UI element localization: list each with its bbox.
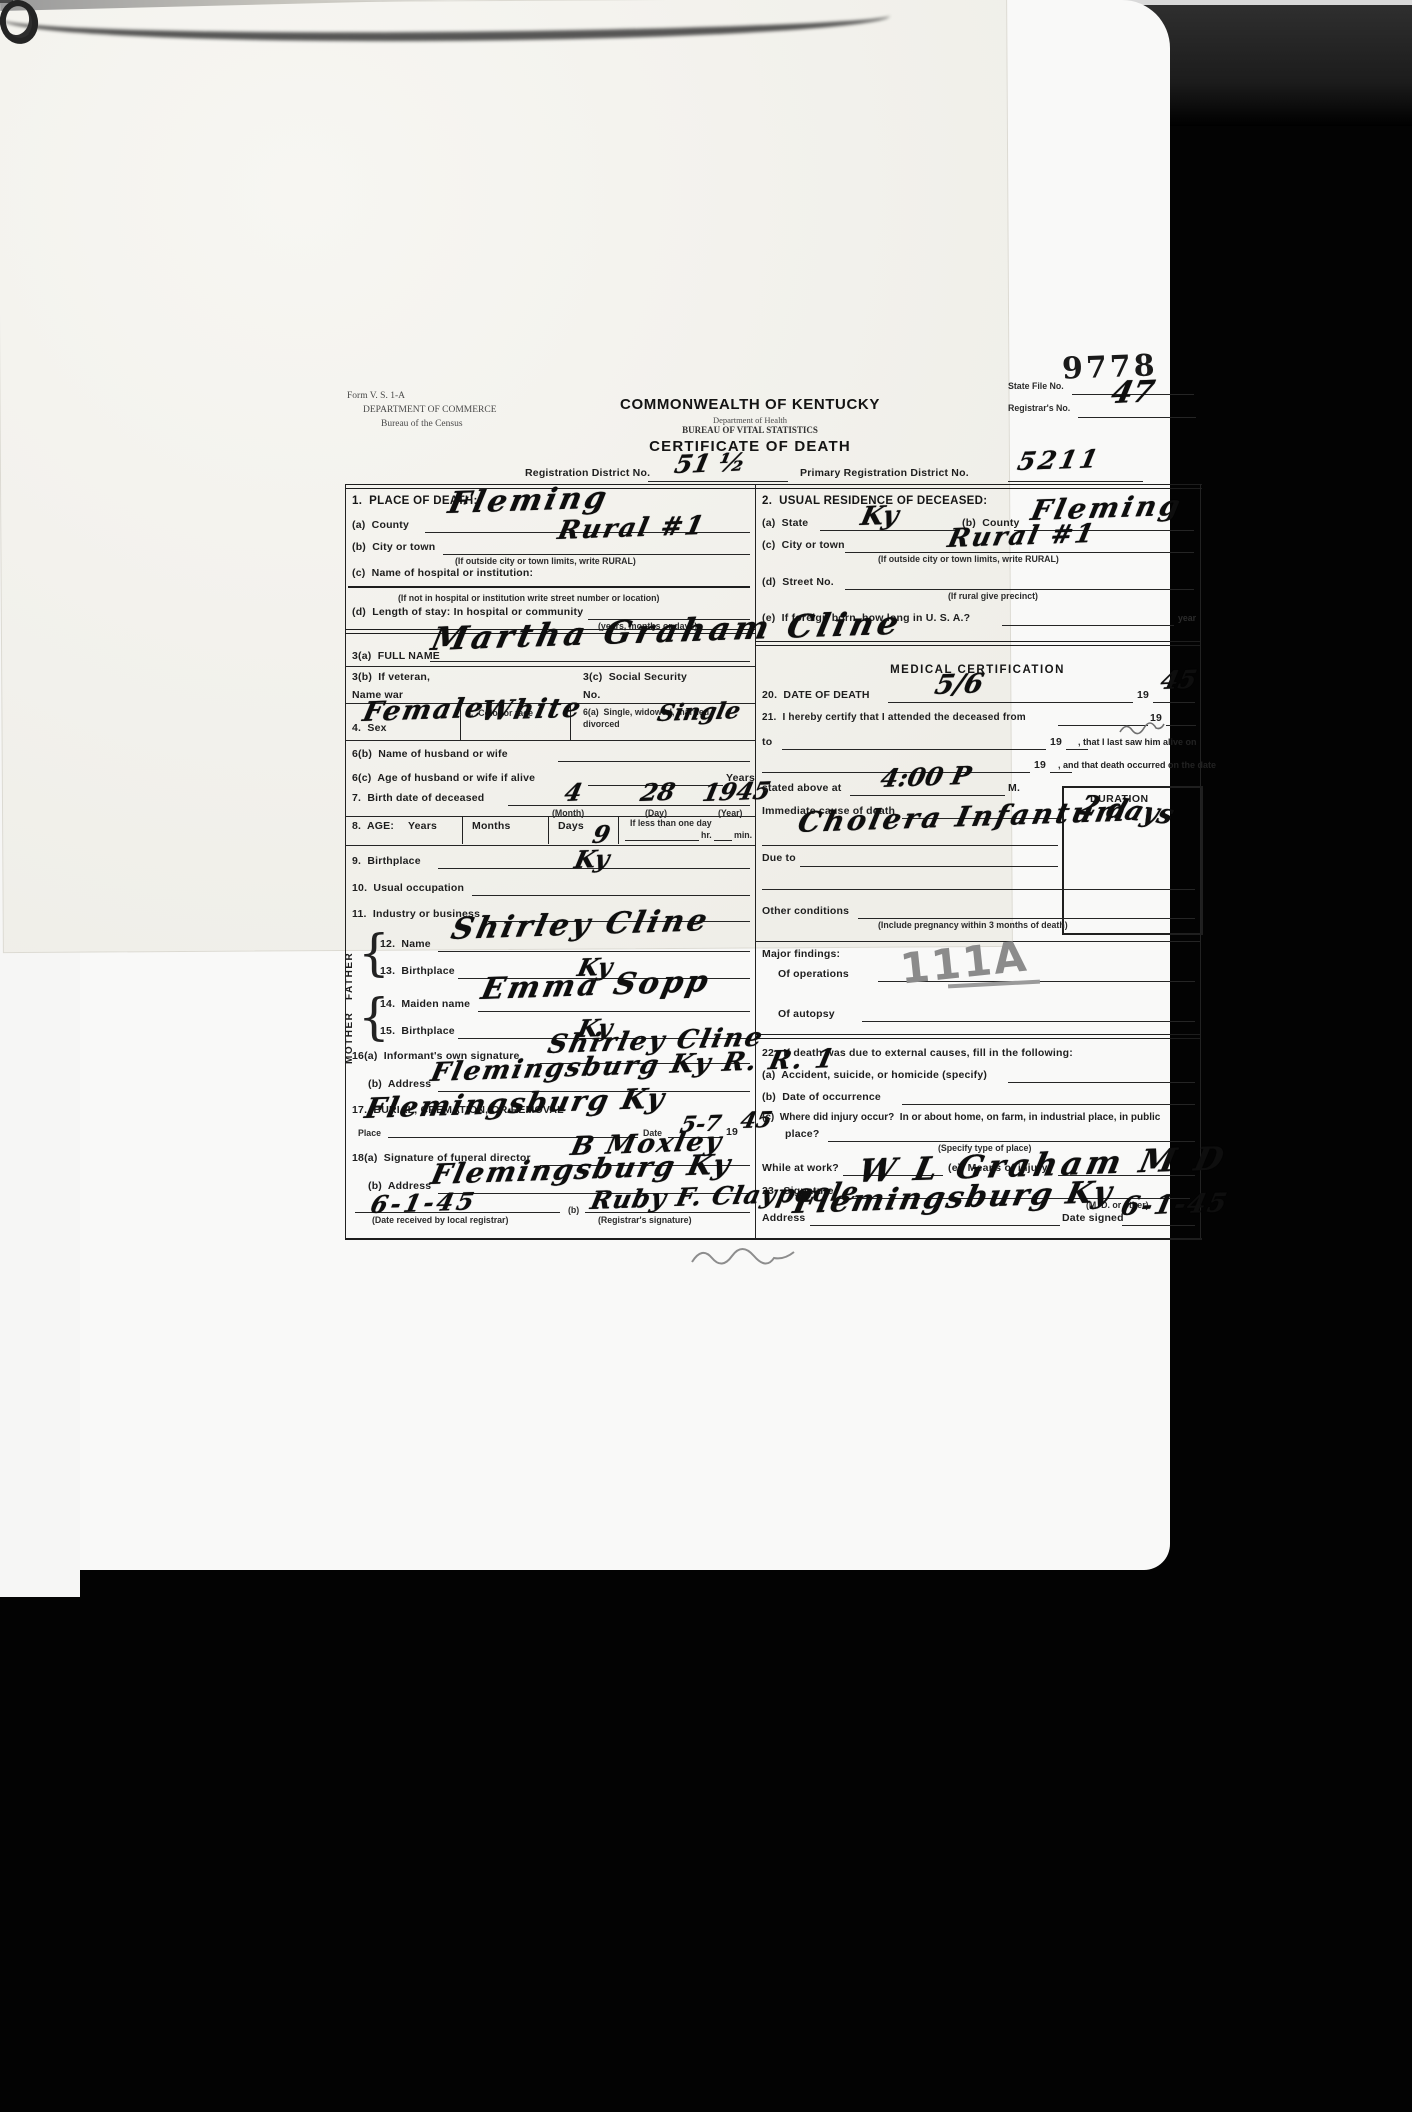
field-line [1166,725,1196,726]
residence-street-label: (d) Street No. [762,576,834,588]
mother-name-label: 14. Maiden name [380,998,470,1010]
place-city-note: (If outside city or town limits, write R… [455,556,636,566]
bureau-vital-stats: BUREAU OF VITAL STATISTICS [585,425,915,435]
birthplace-label: 9. Birthplace [352,855,421,867]
place-hospital-label: (c) Name of hospital or institution: [352,567,533,579]
field-line [862,1021,1195,1022]
ssn-label: 3(c) Social Security [583,671,687,683]
dept-commerce: DEPARTMENT OF COMMERCE [363,405,497,415]
certify-to: to [762,736,772,748]
form-number: Form V. S. 1-A [347,391,405,401]
certificate-title: CERTIFICATE OF DEATH [585,438,915,455]
color-value: White [478,693,585,727]
mother-brace: { [358,988,390,1046]
other-conditions-label: Other conditions [762,905,849,917]
place-city-value: Rural #1 [555,511,708,546]
field-line [858,918,1195,919]
field-line [1122,1225,1195,1226]
field-line [902,1104,1195,1105]
blank-line [762,889,1195,890]
place-county-label: (a) County [352,519,409,531]
field-line [1078,417,1196,418]
field-line [472,895,750,896]
hr-label: hr. [701,830,712,840]
ssn-label2: No. [583,689,601,701]
place-city-label: (b) City or town [352,541,435,553]
dod-19: 19 [1137,689,1149,701]
spouse-label: 6(b) Name of husband or wife [352,748,508,760]
while-at-work-label: While at work? [762,1162,839,1174]
residence-city-value: Rural #1 [945,519,1098,554]
field-line [430,661,750,662]
less-than-day-label: If less than one day [630,818,712,828]
field-line [782,749,1046,750]
birthdate-label: 7. Birth date of deceased [352,792,484,804]
registrar-signature-label: (Registrar's signature) [598,1215,692,1225]
min-label: min. [734,830,752,840]
field-line [443,554,750,555]
field-line [888,702,1133,703]
of-operations-label: Of operations [778,968,849,980]
age-years-label: Years [408,820,437,832]
date-of-death-label: 20. DATE OF DEATH [762,689,870,701]
field-line [845,589,1194,590]
age-days-label: Days [558,820,584,832]
veteran-label: 3(b) If veteran, [352,671,430,683]
row-divider [345,666,755,667]
sex-value: Female [360,693,488,728]
row-divider [345,740,755,741]
certify-label: 21. I hereby certify that I attended the… [762,712,1026,723]
burial-place-label: Place [358,1128,381,1138]
major-findings-label: Major findings: [762,948,840,960]
certify-occurred: , and that death occurred on the date [1058,760,1216,770]
section-divider [755,1034,1200,1039]
certify-19b: 19 [1050,736,1062,748]
registrar-b-label: (b) [568,1205,579,1215]
occupation-label: 10. Usual occupation [352,882,464,894]
form-border-left [345,484,346,1240]
date-signed-value: 6-1-45 [1118,1188,1231,1222]
cell-divider [548,816,549,844]
residence-city-label: (c) City or town [762,539,845,551]
field-line [348,586,750,588]
residence-state-label: (a) State [762,517,808,529]
burial-year-prefix: 19 [726,1126,738,1138]
dod-year-value: 45 [1158,665,1199,695]
form-border-bottom [345,1238,1202,1240]
certify-last-saw: , that I last saw him alive on [1078,737,1197,747]
residence-street-note: (If rural give precinct) [948,591,1038,601]
field-line [648,481,788,482]
field-line [478,1011,750,1012]
m-label: M. [1008,782,1020,794]
primary-district-value: 5211 [1015,444,1103,476]
field-line [1050,772,1072,773]
reg-district-value: 51 ½ [672,448,748,479]
of-autopsy-label: Of autopsy [778,1008,835,1020]
spouse-age-label: 6(c) Age of husband or wife if alive [352,772,535,784]
father-group-label: FATHER [344,952,355,1000]
marital-label2: divorced [583,719,620,729]
field-line [810,1225,1060,1226]
where-injury-label: (c) Where did injury occur? In or about … [762,1112,1160,1123]
bureau-census: Bureau of the Census [381,419,463,429]
dept-health: Department of Health [585,415,915,425]
date-received-value: 6-1-45 [368,1186,480,1219]
field-line [1153,702,1195,703]
date-signed-label: Date signed [1062,1212,1124,1224]
field-line [845,552,1194,553]
pencil-scribble-bottom [688,1242,798,1272]
row-divider [345,845,755,846]
registrar-number-label: Registrar's No. [1008,403,1070,413]
field-line [714,840,732,841]
age-months-label: Months [472,820,511,832]
due-to-label: Due to [762,852,796,864]
commonwealth-title: COMMONWEALTH OF KENTUCKY [585,396,915,413]
field-line [762,845,1058,846]
residence-foreign-unit: year [1178,613,1196,623]
residence-city-note: (If outside city or town limits, write R… [878,554,1059,564]
other-conditions-note: (Include pregnancy within 3 months of de… [878,920,1068,930]
date-of-death-value: 5/6 [932,668,986,701]
field-line [800,866,1058,867]
field-line [625,840,699,841]
field-line [1066,749,1088,750]
marital-value: Single [655,697,743,727]
age-label: 8. AGE: [352,820,394,832]
microfilm-scan: MARGIN RESERVED FOR BINDING N. B.—WRITE … [0,0,1412,2112]
stated-above-label: stated above at [762,782,841,794]
father-birthplace-label: 13. Birthplace [380,965,455,977]
field-line [1008,1082,1195,1083]
field-line [850,795,1005,796]
father-name-label: 12. Name [380,938,431,950]
cell-divider [462,816,463,844]
field-line [1002,625,1174,626]
field-line [558,761,750,762]
cell-divider [618,816,619,844]
registrar-number-value: 47 [1108,375,1158,411]
reg-district-label: Registration District No. [525,467,650,479]
occurrence-label: (b) Date of occurrence [762,1091,881,1103]
full-name-label: 3(a) FULL NAME [352,650,440,662]
birth-day-value: 28 [638,777,678,807]
certify-19c: 19 [1034,759,1046,771]
state-file-label: State File No. [1008,381,1064,391]
field-line [1008,481,1143,482]
residence-state-value: Ky [858,501,901,532]
mother-birthplace-label: 15. Birthplace [380,1025,455,1037]
place-hospital-note: (If not in hospital or institution write… [398,593,659,603]
primary-district-label: Primary Registration District No. [800,467,969,479]
hour-of-death-value: 4:00 P [878,761,974,793]
informant-address-label: (b) Address [368,1078,431,1090]
place-question-label: place? [785,1128,819,1140]
row-divider [345,816,755,817]
pencil-scribble-alive [1118,720,1166,736]
